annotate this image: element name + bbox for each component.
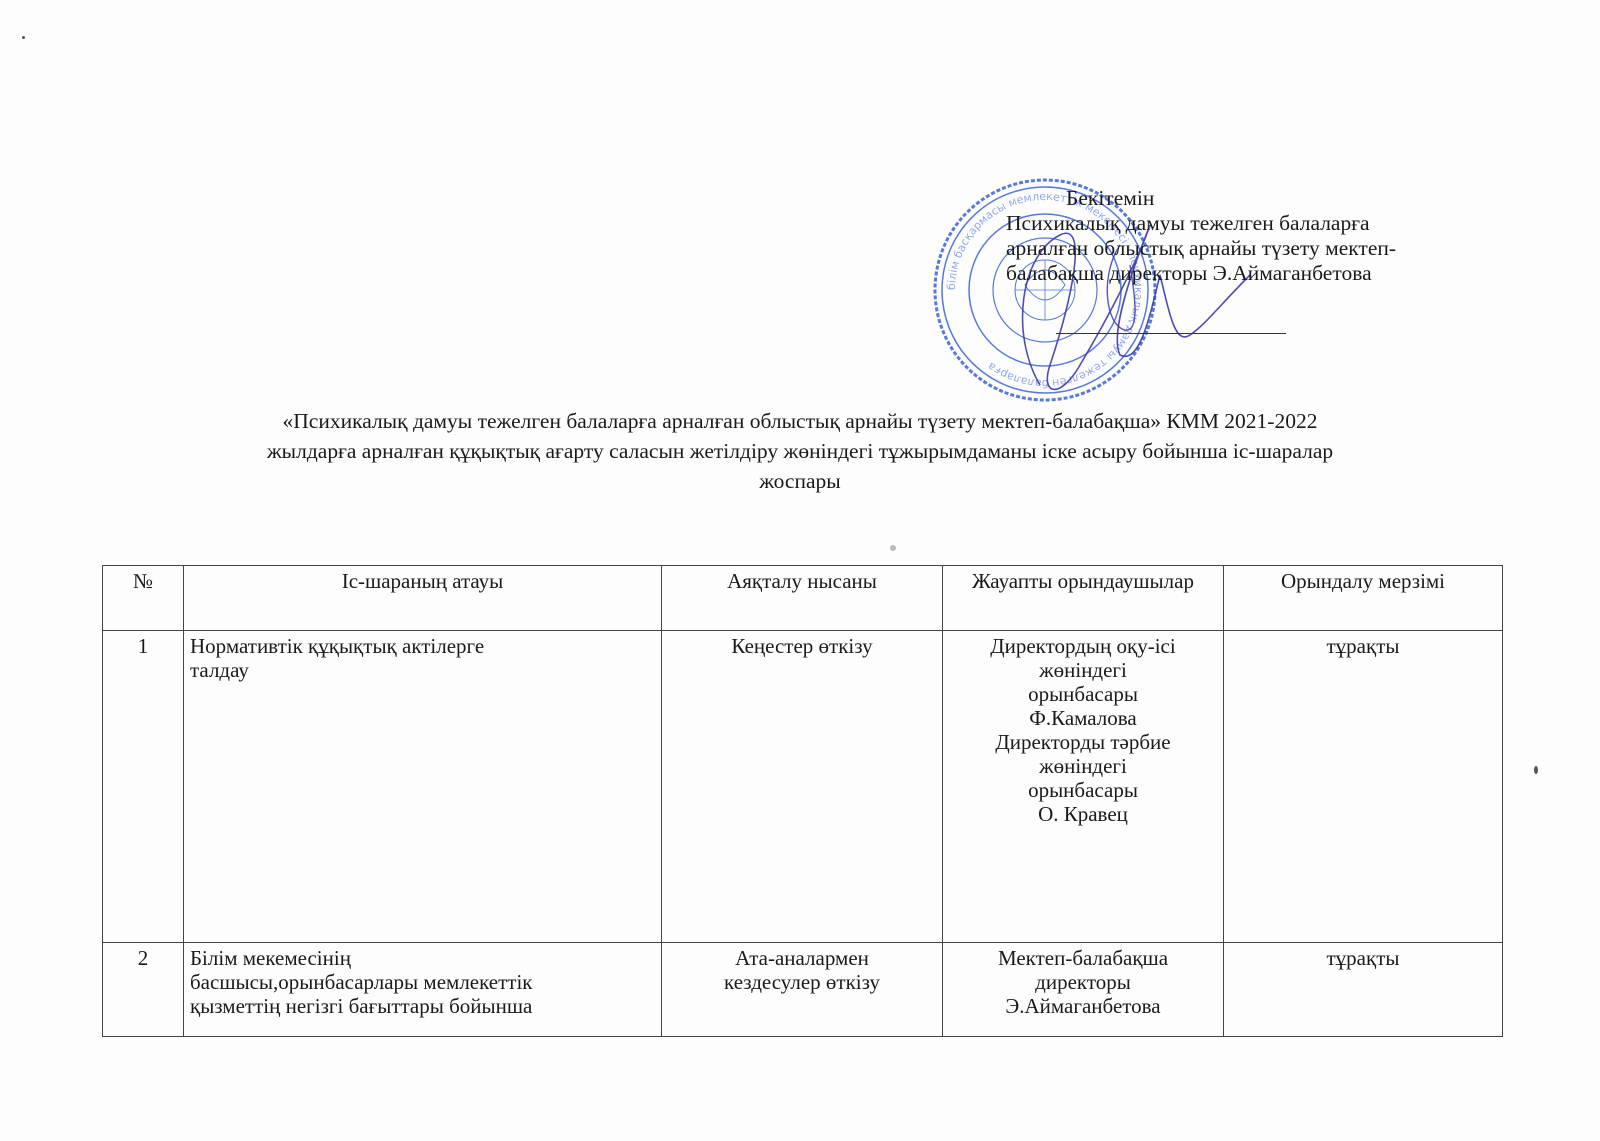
cell-activity-name: Нормативтік құқықтық актілерге талдау [184, 631, 662, 943]
cell-text: О. Кравец [949, 802, 1217, 826]
cell-text: орынбасары [949, 682, 1217, 706]
approval-line: балабақша директоры Э.Аймаганбетова [1006, 261, 1526, 286]
scan-speck [22, 36, 25, 39]
cell-text: Ата-аналармен [668, 946, 936, 970]
table-row: 1 Нормативтік құқықтық актілерге талдау … [103, 631, 1503, 943]
approval-block: Бекітемін Психикалық дамуы тежелген бала… [1006, 186, 1526, 286]
header-responsible: Жауапты орындаушылар [943, 566, 1224, 631]
cell-text: Директордың оқу-ісі [949, 634, 1217, 658]
table-header-row: № Іс-шараның атауы Аяқталу нысаны Жауапт… [103, 566, 1503, 631]
table-row: 2 Білім мекемесінің басшысы,орынбасарлар… [103, 943, 1503, 1037]
title-line: «Психикалық дамуы тежелген балаларға арн… [100, 406, 1500, 436]
approval-line: арналған облыстық арнайы түзету мектеп- [1006, 236, 1526, 261]
cell-deadline: тұрақты [1224, 943, 1503, 1037]
cell-text: талдау [190, 658, 655, 682]
cell-completion-form: Ата-аналармен кездесулер өткізу [662, 943, 943, 1037]
cell-text: тұрақты [1230, 634, 1496, 658]
cell-text: басшысы,орынбасарлары мемлекеттік [190, 970, 655, 994]
signature-line [1056, 333, 1286, 334]
header-completion-form: Аяқталу нысаны [662, 566, 943, 631]
cell-text: Ф.Камалова [949, 706, 1217, 730]
header-deadline: Орындалу мерзімі [1224, 566, 1503, 631]
cell-text: тұрақты [1230, 946, 1496, 970]
approval-line: Психикалық дамуы тежелген балаларға [1006, 211, 1526, 236]
document-title: «Психикалық дамуы тежелген балаларға арн… [100, 406, 1500, 496]
cell-text: қызметтің негізгі бағыттары бойынша [190, 994, 655, 1018]
cell-text: жөніндегі [949, 658, 1217, 682]
scan-speck [890, 545, 896, 551]
cell-text: Э.Аймаганбетова [949, 994, 1217, 1018]
cell-text: жөніндегі [949, 754, 1217, 778]
document-page: білім басқармасы мемлекеттік мекемесі · … [0, 0, 1600, 1141]
action-plan-table: № Іс-шараның атауы Аяқталу нысаны Жауапт… [102, 565, 1503, 1037]
approval-heading: Бекітемін [1006, 186, 1526, 211]
cell-text: кездесулер өткізу [668, 970, 936, 994]
cell-number: 2 [103, 943, 184, 1037]
cell-text: орынбасары [949, 778, 1217, 802]
cell-activity-name: Білім мекемесінің басшысы,орынбасарлары … [184, 943, 662, 1037]
cell-responsible: Мектеп-балабақша директоры Э.Аймаганбето… [943, 943, 1224, 1037]
cell-deadline: тұрақты [1224, 631, 1503, 943]
cell-text: Нормативтік құқықтық актілерге [190, 634, 655, 658]
title-line: жоспары [100, 466, 1500, 496]
cell-text: Кеңестер өткізу [668, 634, 936, 658]
cell-responsible: Директордың оқу-ісі жөніндегі орынбасары… [943, 631, 1224, 943]
cell-text: Директорды тәрбие [949, 730, 1217, 754]
header-number: № [103, 566, 184, 631]
title-line: жылдарға арналған құқықтық ағарту саласы… [100, 436, 1500, 466]
scan-speck [1534, 766, 1538, 774]
cell-text: Мектеп-балабақша [949, 946, 1217, 970]
cell-text: директоры [949, 970, 1217, 994]
cell-text: Білім мекемесінің [190, 946, 655, 970]
cell-number: 1 [103, 631, 184, 943]
header-activity-name: Іс-шараның атауы [184, 566, 662, 631]
cell-completion-form: Кеңестер өткізу [662, 631, 943, 943]
